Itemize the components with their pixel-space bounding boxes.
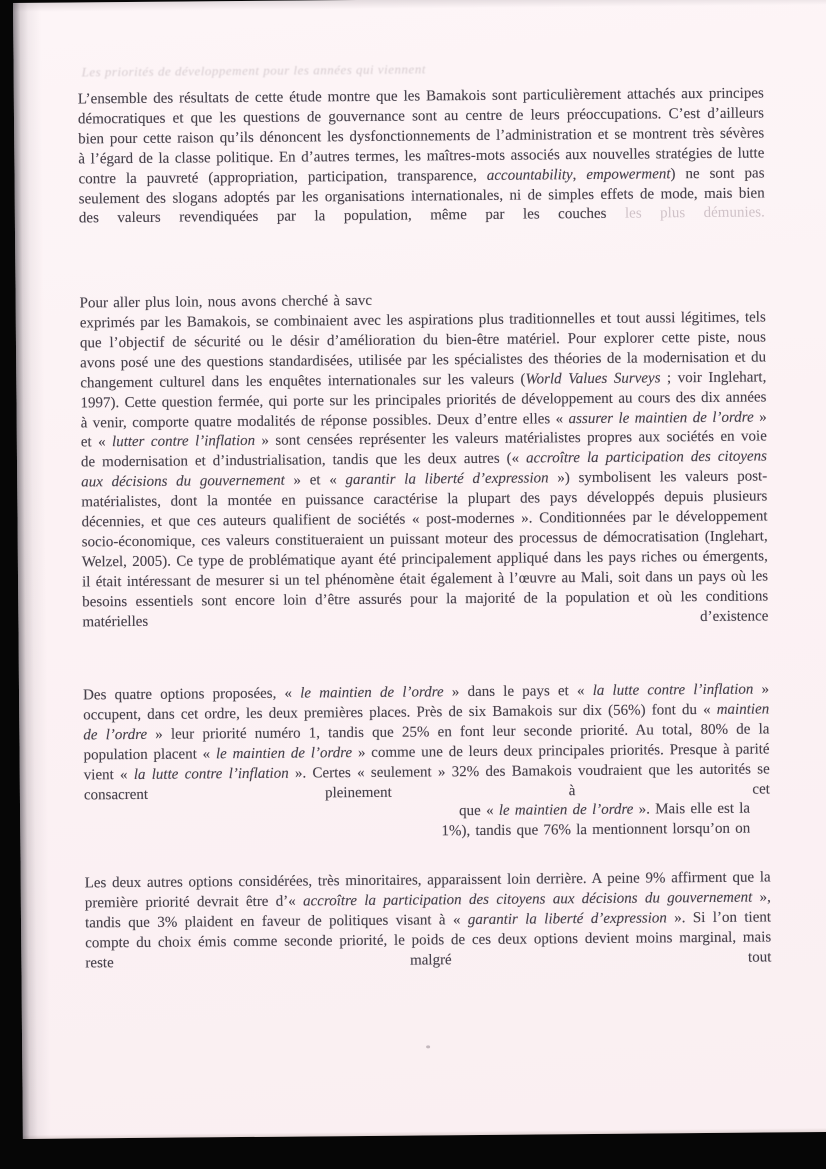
ghost-running-header: Les priorités de développement pour les … xyxy=(82,59,702,80)
paragraph-values-question: exprimés par les Bamakois, se combinaien… xyxy=(80,308,769,632)
paragraph-four-options: Des quatre options proposées, « le maint… xyxy=(83,680,770,805)
stray-mark xyxy=(426,1045,430,1048)
scanner-background: { "document": { "language": "fr", "kind"… xyxy=(0,0,826,1169)
paragraph-four-options-group: Des quatre options proposées, « le maint… xyxy=(83,680,770,845)
paragraph-study-results: L’ensemble des résultats de cette étude … xyxy=(78,84,765,229)
paragraph-minority-options: Les deux autres options considérées, trè… xyxy=(85,868,772,974)
document-page: Les priorités de développement pour les … xyxy=(13,0,826,1139)
